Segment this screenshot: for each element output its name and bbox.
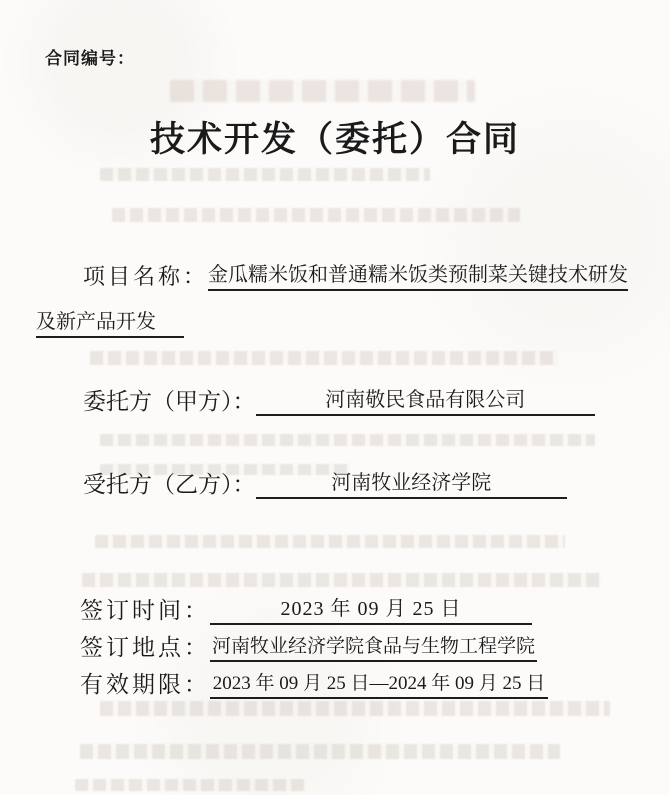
party-a-row: 委托方（甲方）： 河南敬民食品有限公司	[83, 383, 595, 416]
project-name-row: 项目名称： 金瓜糯米饭和普通糯米饭类预制菜关键技术研发	[83, 258, 603, 291]
bleedthrough-artifact	[100, 434, 595, 446]
party-b-label: 受托方（乙方）：	[83, 466, 256, 499]
project-name-row-continued: 及新产品开发	[36, 305, 184, 338]
bleedthrough-artifact	[95, 535, 565, 548]
scanned-contract-page: 合同编号： 技术开发（委托）合同 项目名称： 金瓜糯米饭和普通糯米饭类预制菜关键…	[0, 0, 670, 795]
bleedthrough-artifact	[100, 168, 430, 181]
bleedthrough-artifact	[80, 744, 560, 759]
party-a-value: 河南敬民食品有限公司	[256, 383, 596, 416]
document-title: 技术开发（委托）合同	[0, 112, 670, 162]
sign-date-label: 签订时间：	[80, 592, 210, 625]
sign-place-row: 签订地点： 河南牧业经济学院食品与生物工程学院	[80, 629, 537, 662]
sign-date-row: 签订时间： 2023 年 09 月 25 日	[80, 592, 532, 625]
party-b-row: 受托方（乙方）： 河南牧业经济学院	[83, 466, 567, 499]
party-a-label: 委托方（甲方）：	[83, 383, 256, 416]
bleedthrough-artifact	[112, 208, 520, 222]
sign-date-value: 2023 年 09 月 25 日	[210, 592, 532, 625]
bleedthrough-artifact	[170, 80, 475, 102]
bleedthrough-artifact	[75, 779, 305, 791]
valid-period-label: 有效期限：	[80, 666, 210, 699]
valid-period-value: 2023 年 09 月 25 日—2024 年 09 月 25 日	[210, 668, 548, 699]
sign-place-value: 河南牧业经济学院食品与生物工程学院	[210, 631, 537, 662]
project-name-value-line1: 金瓜糯米饭和普通糯米饭类预制菜关键技术研发	[208, 258, 628, 291]
bleedthrough-artifact	[82, 573, 602, 587]
contract-number-label: 合同编号：	[45, 44, 135, 69]
valid-period-row: 有效期限： 2023 年 09 月 25 日—2024 年 09 月 25 日	[80, 666, 548, 699]
bleedthrough-artifact	[90, 351, 558, 365]
party-b-value: 河南牧业经济学院	[256, 466, 568, 499]
project-name-label: 项目名称：	[83, 260, 208, 291]
sign-place-label: 签订地点：	[80, 629, 210, 662]
project-name-value-line2: 及新产品开发	[36, 305, 184, 338]
bleedthrough-artifact	[100, 701, 610, 716]
